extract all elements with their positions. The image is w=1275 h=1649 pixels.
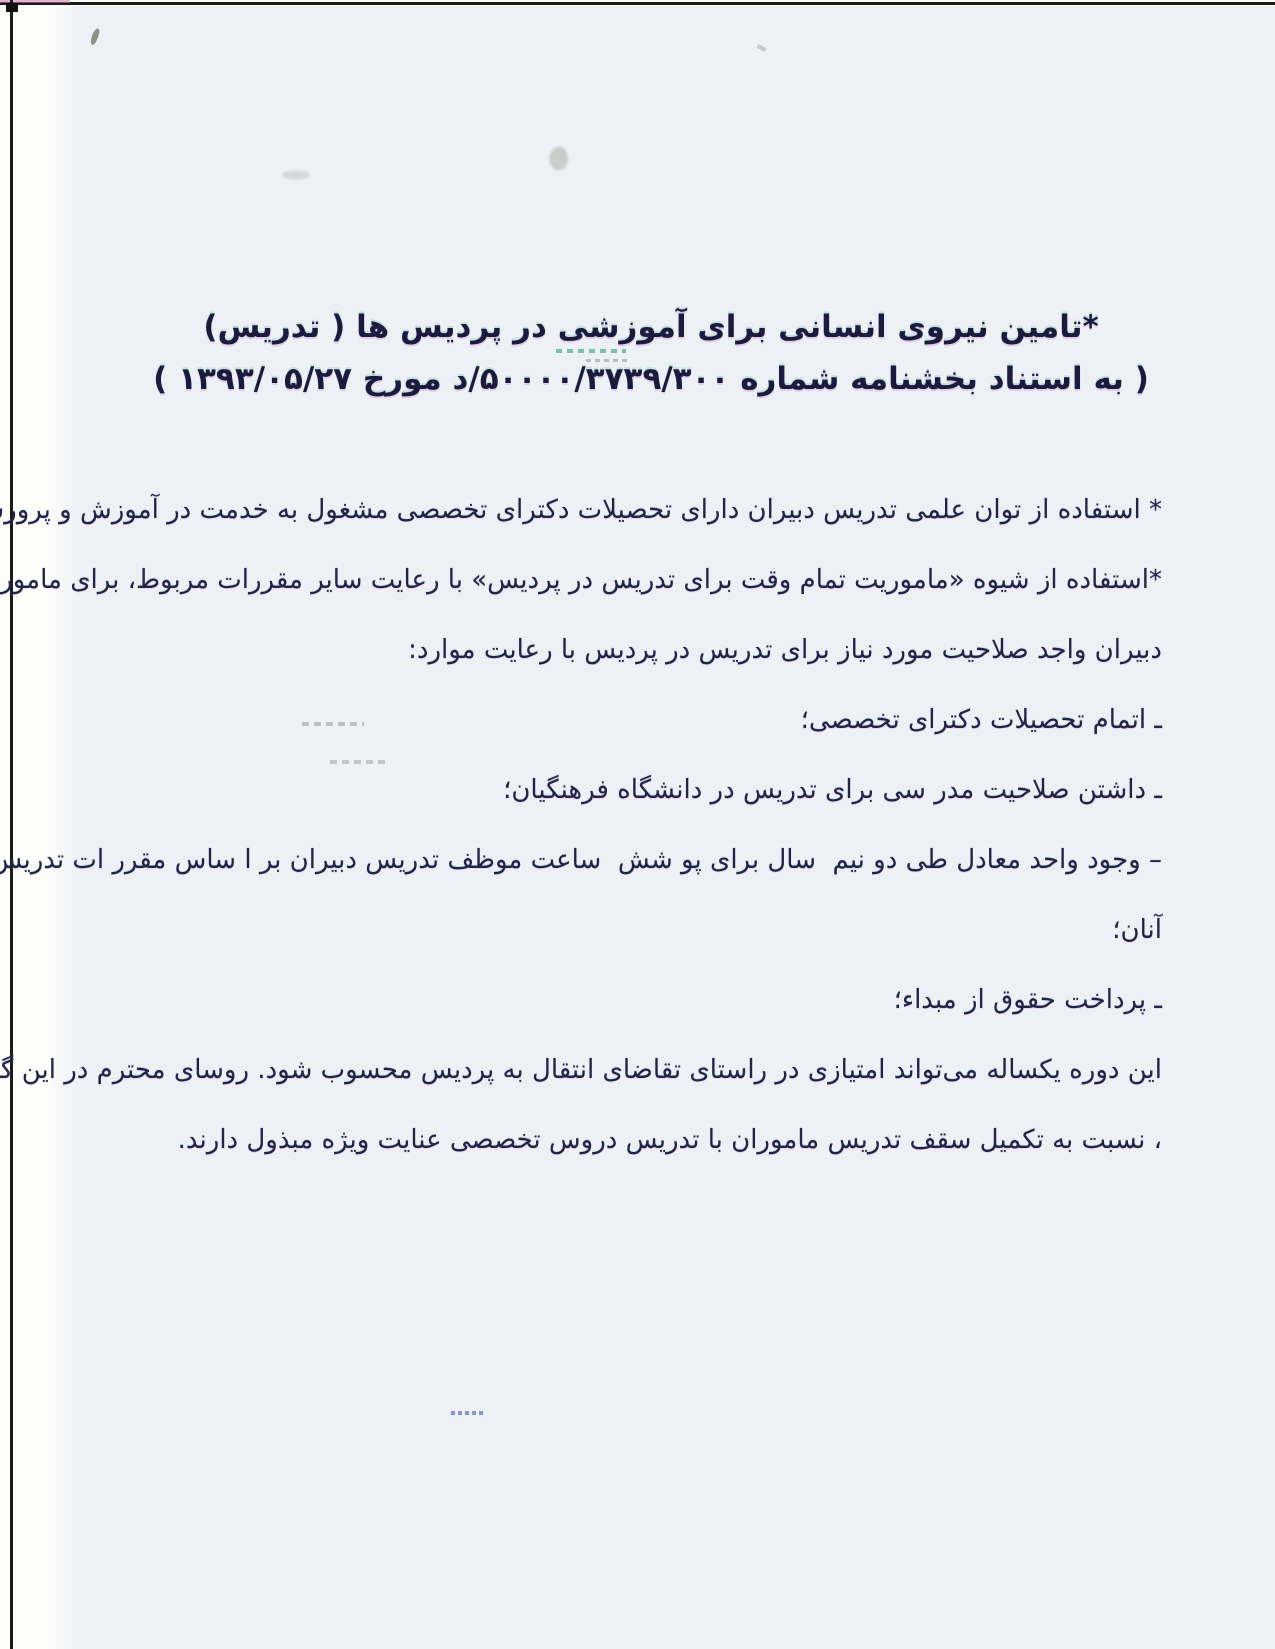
text-line: *استفاده از شیوه «ماموریت تمام وقت برای … xyxy=(100,545,1162,615)
document-title-line-1: *تامین نیروی انسانی برای آموزشی در پردیس… xyxy=(120,301,1182,353)
text-line: ـ اتمام تحصیلات دکترای تخصصی؛ xyxy=(100,685,1162,755)
body-text: * استفاده از توان علمی تدریس دبیران دارا… xyxy=(100,475,1162,1175)
document-title: *تامین نیروی انسانی برای آموزشی در پردیس… xyxy=(120,301,1182,405)
text-line: این دوره یکساله می‌تواند امتیازی در راست… xyxy=(100,1035,1162,1105)
scan-edge-top xyxy=(0,2,1275,5)
text-line: – وجود واحد معادل طی دو نیم سال برای پو … xyxy=(100,825,1162,895)
text-line: آنان؛ xyxy=(100,895,1162,965)
scan-edge-corner xyxy=(6,3,18,12)
text-line: دبیران واجد صلاحیت مورد نیاز برای تدریس … xyxy=(100,615,1162,685)
text-line: ـ پرداخت حقوق از مبداء؛ xyxy=(100,965,1162,1035)
scanned-document-page: { "document": { "title_lines": [ "*تامین… xyxy=(0,0,1275,1649)
document-title-line-2: ( به استناد بخشنامه شماره ۵۰۰۰۰/۳۷۳۹/۳۰۰… xyxy=(120,353,1182,405)
text-line: ، نسبت به تکمیل سقف تدریس ماموران با تدر… xyxy=(100,1105,1162,1175)
text-line: ـ داشتن صلاحیت مدر سی برای تدریس در دانش… xyxy=(100,755,1162,825)
text-line: * استفاده از توان علمی تدریس دبیران دارا… xyxy=(100,475,1162,545)
